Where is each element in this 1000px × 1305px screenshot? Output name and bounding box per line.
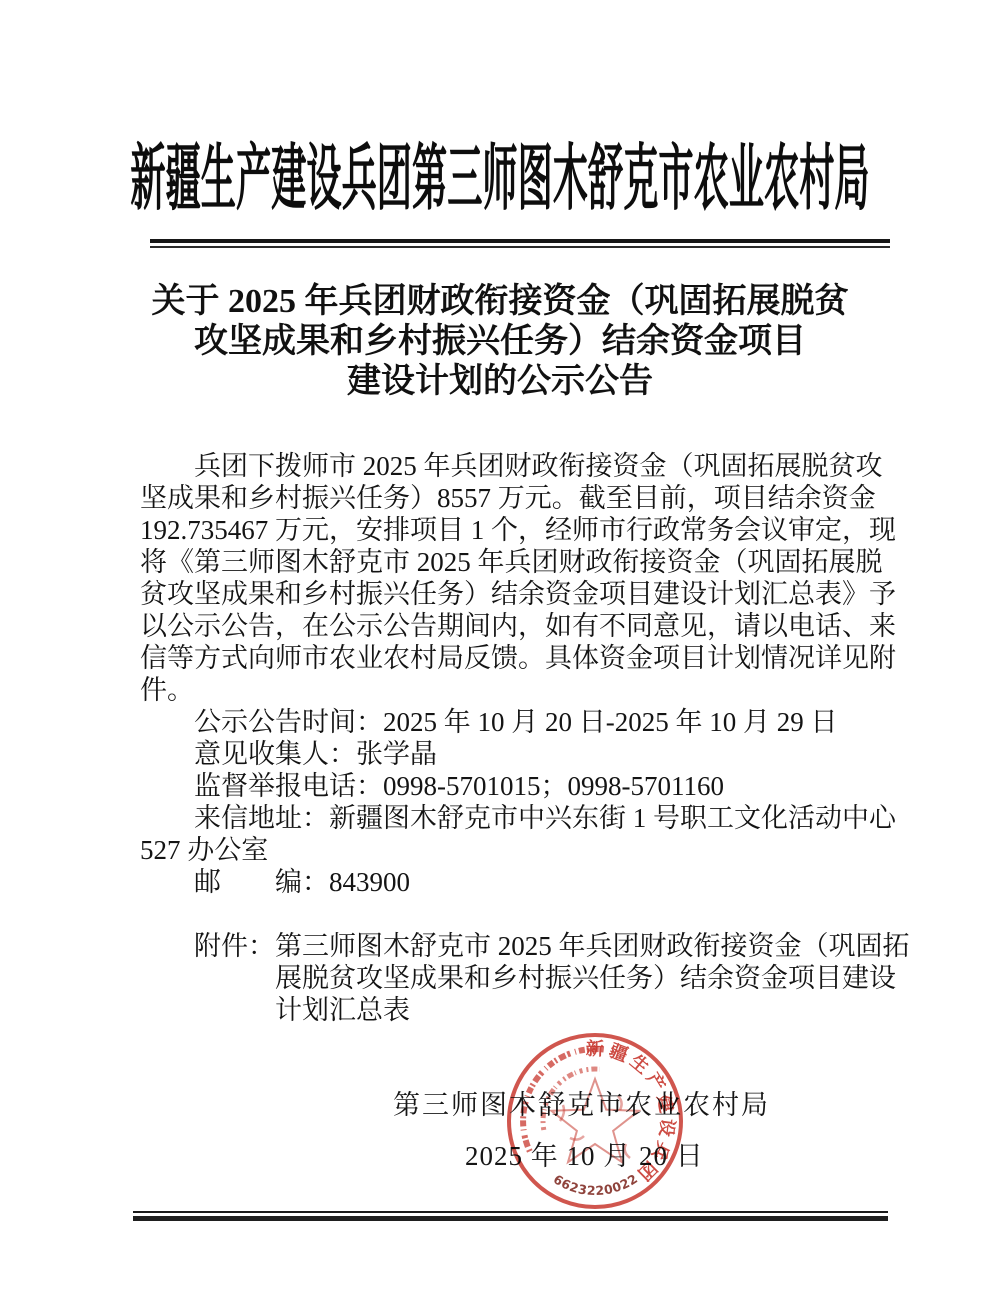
text-line: 兵团下拨师市 2025 年兵团财政衔接资金（巩固拓展脱贫攻 bbox=[140, 450, 892, 482]
title-line: 攻坚成果和乡村振兴任务）结余资金项目 bbox=[100, 322, 900, 362]
signature-date: 2025 年 10 月 20 日 bbox=[465, 1140, 704, 1172]
footer-rule bbox=[133, 1211, 888, 1221]
attachment-line: 展脱贫攻坚成果和乡村振兴任务）结余资金项目建设 bbox=[140, 962, 892, 994]
postcode-line: 邮 编：843900 bbox=[140, 866, 892, 898]
seal-outer-ring bbox=[509, 1035, 681, 1207]
text-line: 件。 bbox=[140, 674, 892, 706]
official-seal: 新疆生产建设兵团 6623220022270 bbox=[500, 1026, 690, 1216]
title-line: 关于 2025 年兵团财政衔接资金（巩固拓展脱贫 bbox=[100, 282, 900, 322]
text-line: 贫攻坚成果和乡村振兴任务）结余资金项目建设计划汇总表》予 bbox=[140, 578, 892, 610]
body-paragraph: 兵团下拨师市 2025 年兵团财政衔接资金（巩固拓展脱贫攻 坚成果和乡村振兴任务… bbox=[140, 450, 892, 706]
document-body: 兵团下拨师市 2025 年兵团财政衔接资金（巩固拓展脱贫攻 坚成果和乡村振兴任务… bbox=[140, 450, 892, 1026]
address-continuation-line: 527 办公室 bbox=[140, 834, 892, 866]
document-page: 新疆生产建设兵团第三师图木舒克市农业农村局 关于 2025 年兵团财政衔接资金（… bbox=[0, 0, 1000, 1305]
attachment-note: 附件：第三师图木舒克市 2025 年兵团财政衔接资金（巩固拓 展脱贫攻坚成果和乡… bbox=[140, 930, 892, 1026]
title-line: 建设计划的公示公告 bbox=[100, 362, 900, 402]
hotline-line: 监督举报电话：0998-5701015；0998-5701160 bbox=[140, 770, 892, 802]
signature-organization: 第三师图木舒克市农业农村局 bbox=[393, 1089, 770, 1121]
attachment-line: 计划汇总表 bbox=[140, 994, 892, 1026]
masthead-bureau-name: 新疆生产建设兵团第三师图木舒克市农业农村局 bbox=[60, 140, 940, 219]
text-line: 信等方式向师市农业农村局反馈。具体资金项目计划情况详见附 bbox=[140, 642, 892, 674]
collector-line: 意见收集人：张学晶 bbox=[140, 738, 892, 770]
masthead-divider-rule bbox=[150, 239, 890, 248]
text-line: 以公示公告，在公示公告期间内，如有不同意见，请以电话、来 bbox=[140, 610, 892, 642]
address-line: 来信地址：新疆图木舒克市中兴东街 1 号职工文化活动中心 bbox=[140, 802, 892, 834]
contact-details: 公示公告时间：2025 年 10 月 20 日-2025 年 10 月 29 日… bbox=[140, 706, 892, 898]
publicity-period-line: 公示公告时间：2025 年 10 月 20 日-2025 年 10 月 29 日 bbox=[140, 706, 892, 738]
attachment-line: 附件：第三师图木舒克市 2025 年兵团财政衔接资金（巩固拓 bbox=[140, 930, 892, 962]
text-line: 192.735467 万元，安排项目 1 个，经师市行政常务会议审定，现 bbox=[140, 514, 892, 546]
text-line: 坚成果和乡村振兴任务）8557 万元。截至目前，项目结余资金 bbox=[140, 482, 892, 514]
document-title: 关于 2025 年兵团财政衔接资金（巩固拓展脱贫 攻坚成果和乡村振兴任务）结余资… bbox=[100, 282, 900, 402]
text-line: 将《第三师图木舒克市 2025 年兵团财政衔接资金（巩固拓展脱 bbox=[140, 546, 892, 578]
